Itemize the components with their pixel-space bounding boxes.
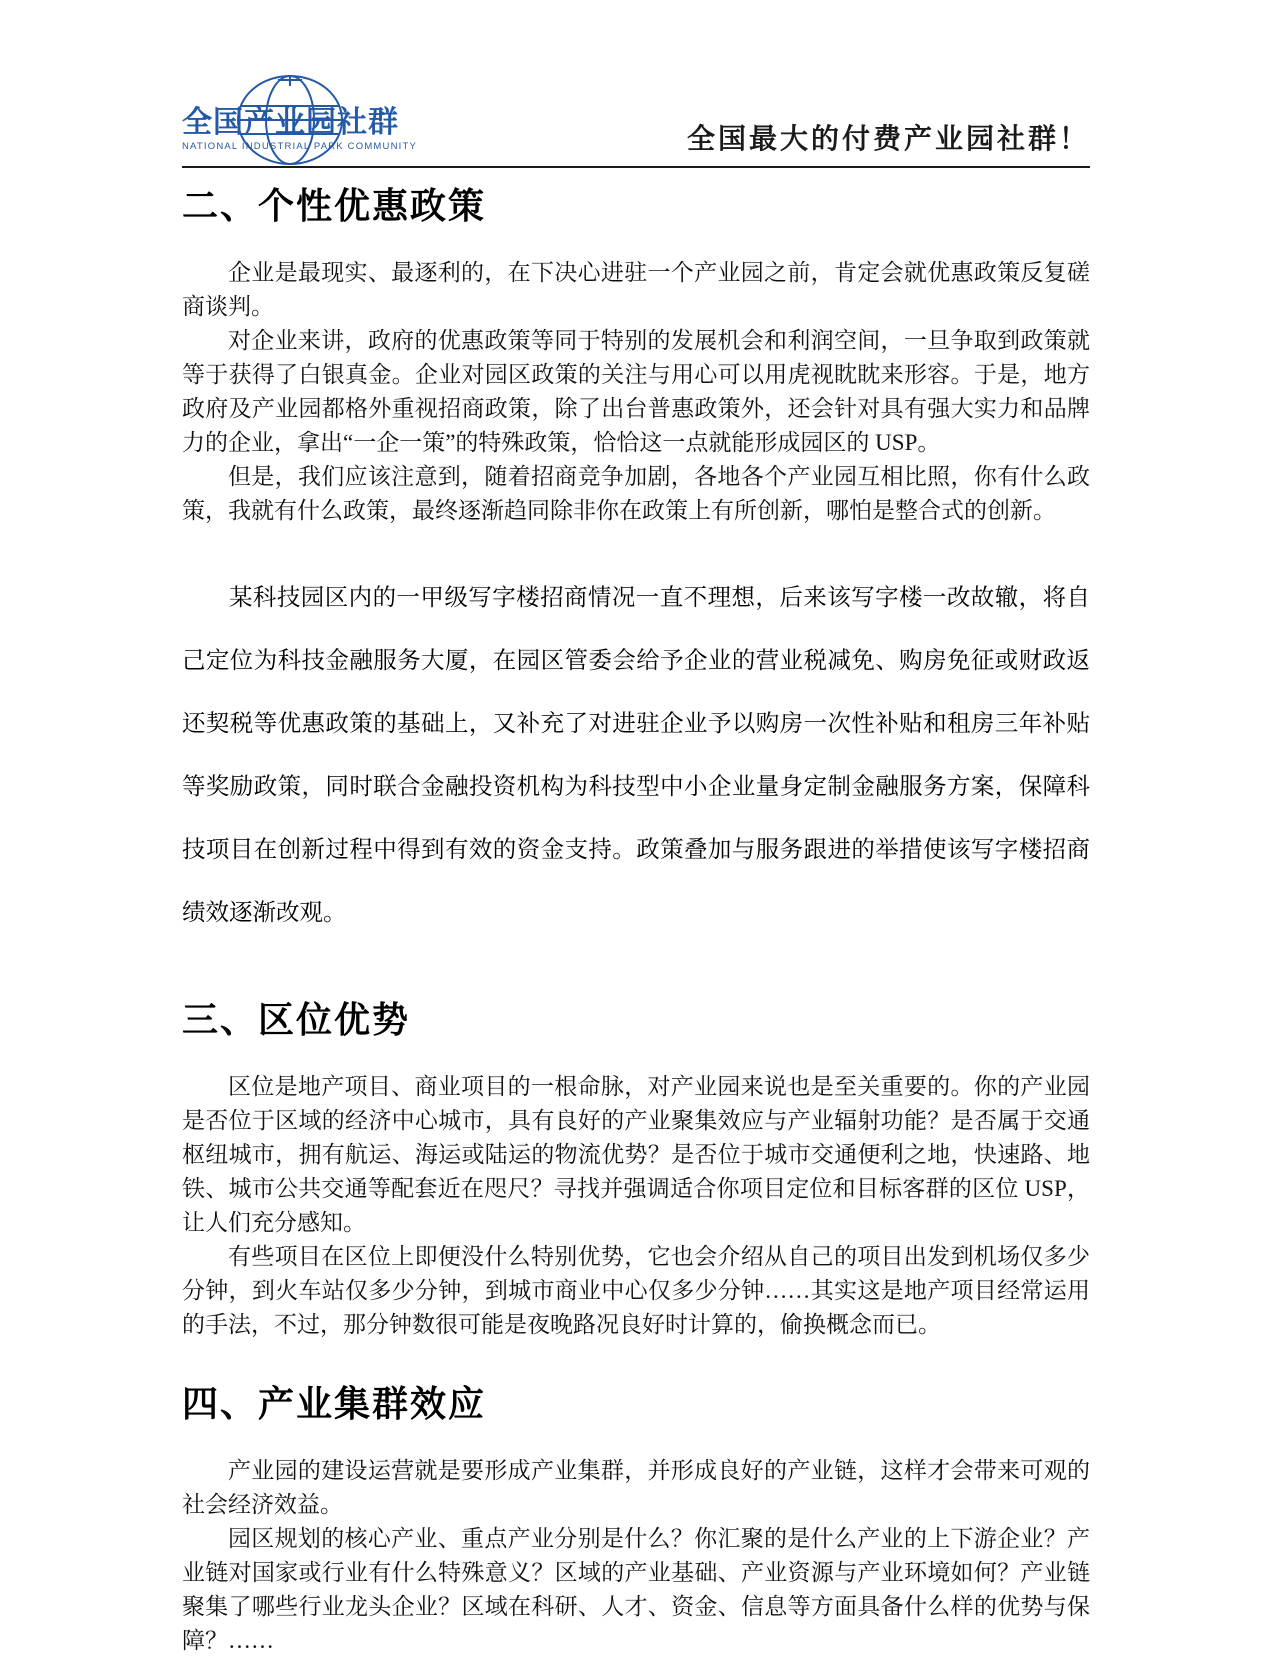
section-2-case-study-paragraph: 某科技园区内的一甲级写字楼招商情况一直不理想，后来该写字楼一改故辙，将自己定位为… [182,566,1090,944]
logo-cn-text: 全国产业园社群 [182,108,482,138]
section-3-heading: 三、区位优势 [182,998,1090,1042]
section-2-paragraph-2: 对企业来讲，政府的优惠政策等同于特别的发展机会和利润空间，一旦争取到政策就等于获… [182,324,1090,460]
section-4-paragraph-2: 园区规划的核心产业、重点产业分别是什么？你汇聚的是什么产业的上下游企业？产业链对… [182,1522,1090,1656]
logo-en-text: NATIONAL INDUSTRIAL PARK COMMUNITY [182,141,482,153]
logo: 全国产业园社群 NATIONAL INDUSTRIAL PARK COMMUNI… [182,82,482,162]
section-2-paragraph-1: 企业是最现实、最逐利的，在下决心进驻一个产业园之前，肯定会就优惠政策反复磋商谈判… [182,256,1090,324]
section-3-paragraph-2: 有些项目在区位上即便没什么特别优势，它也会介绍从自己的项目出发到机场仅多少分钟，… [182,1240,1090,1342]
section-4-paragraph-1: 产业园的建设运营就是要形成产业集群，并形成良好的产业链，这样才会带来可观的社会经… [182,1454,1090,1522]
document-page: 全国产业园社群 NATIONAL INDUSTRIAL PARK COMMUNI… [0,0,1280,1656]
section-4-heading: 四、产业集群效应 [182,1382,1090,1426]
section-2-heading: 二、个性优惠政策 [182,184,1090,228]
document-body: 二、个性优惠政策 企业是最现实、最逐利的，在下决心进驻一个产业园之前，肯定会就优… [182,184,1090,1656]
section-2-paragraph-3: 但是，我们应该注意到，随着招商竞争加剧，各地各个产业园互相比照，你有什么政策，我… [182,460,1090,528]
section-3-paragraph-1: 区位是地产项目、商业项目的一根命脉，对产业园来说也是至关重要的。你的产业园是否位… [182,1070,1090,1240]
header-tagline: 全国最大的付费产业园社群！ [687,124,1090,162]
page-header: 全国产业园社群 NATIONAL INDUSTRIAL PARK COMMUNI… [182,82,1090,162]
